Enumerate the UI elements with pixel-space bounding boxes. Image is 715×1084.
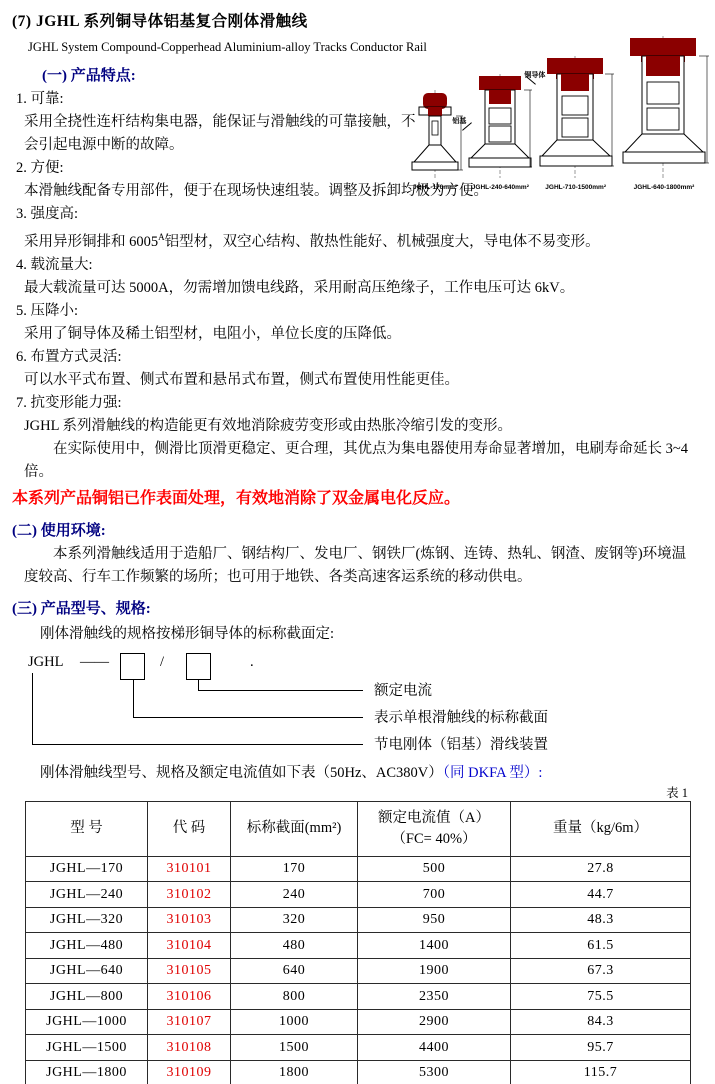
cell-current: 2350 <box>358 984 511 1010</box>
table-row: JGHL—480 310104 480 1400 61.5 <box>26 933 691 959</box>
model-code-diagram: JGHL —— / . 额定电流 表示单根滑触线的标称截面 节电刚体（铝基）滑线… <box>12 650 690 762</box>
cell-section: 170 <box>231 856 358 882</box>
feature-title: 5. 压降小: <box>16 300 690 323</box>
cell-section: 800 <box>231 984 358 1010</box>
feature-item-6: 6. 布置方式灵活: 可以水平式布置、侧式布置和悬吊式布置，侧式布置使用性能更佳… <box>12 346 690 392</box>
cell-model: JGHL—170 <box>26 856 148 882</box>
cell-code: 310105 <box>148 958 231 984</box>
cell-current: 500 <box>358 856 511 882</box>
cell-code: 310107 <box>148 1009 231 1035</box>
cell-section: 240 <box>231 882 358 908</box>
cell-model: JGHL—320 <box>26 907 148 933</box>
feature-item-3: 3. 强度高: 采用异形铜排和 6005A铝型材，双空心结构、散热性能好、机械强… <box>12 203 690 254</box>
model-dash: —— <box>80 652 109 672</box>
feature-title: 7. 抗变形能力强: <box>16 392 690 415</box>
cell-weight: 84.3 <box>511 1009 691 1035</box>
table-number-label: 表 1 <box>12 785 688 801</box>
cell-code: 310108 <box>148 1035 231 1061</box>
feature-title: 4. 载流量大: <box>16 254 690 277</box>
header-weight: 重量（kg/6m） <box>511 801 691 856</box>
feature-body: 本滑触线配备专用部件，便于在现场快速组装。调整及拆卸均极为方便。 <box>24 180 690 203</box>
model-spec-intro: 刚体滑触线的规格按梯形铜导体的标称截面定: <box>40 623 690 646</box>
feature-body: 最大载流量可达 5000A，勿需增加馈电线路，采用耐高压绝缘子，工作电压可达 6… <box>24 277 690 300</box>
model-prefix: JGHL <box>28 652 63 672</box>
table-row: JGHL—320 310103 320 950 48.3 <box>26 907 691 933</box>
feature-body: JGHL 系列滑触线的构造能更有效地消除疲劳变形或由热胀冷缩引发的变形。 <box>24 415 690 438</box>
cell-model: JGHL—1000 <box>26 1009 148 1035</box>
cell-current: 2900 <box>358 1009 511 1035</box>
feature-body-text: 采用异形铜排和 6005 <box>24 234 158 250</box>
header-current: 额定电流值（A） （FC= 40%） <box>358 801 511 856</box>
callout-label-current: 额定电流 <box>374 681 432 701</box>
table-row: JGHL—1500 310108 1500 4400 95.7 <box>26 1035 691 1061</box>
cell-model: JGHL—240 <box>26 882 148 908</box>
header-current-line2: （FC= 40%） <box>358 829 510 850</box>
table-intro: 刚体滑触线型号、规格及额定电流值如下表（50Hz、AC380V）（同 DKFA … <box>40 762 690 785</box>
cell-code: 310103 <box>148 907 231 933</box>
callout-label-device: 节电刚体（铝基）滑线装置 <box>374 735 548 755</box>
cell-model: JGHL—1500 <box>26 1035 148 1061</box>
cell-current: 1900 <box>358 958 511 984</box>
document-page: JGHL-170mm² 铜导体 铝基 JGHL-240-640mm² <box>0 0 715 1084</box>
spec-table: 型 号 代 码 标称截面(mm²) 额定电流值（A） （FC= 40%） 重量（… <box>25 801 691 1084</box>
cell-current: 950 <box>358 907 511 933</box>
table-intro-text: 刚体滑触线型号、规格及额定电流值如下表（50Hz、AC380V） <box>40 765 443 781</box>
cell-weight: 48.3 <box>511 907 691 933</box>
table-row: JGHL—240 310102 240 700 44.7 <box>26 882 691 908</box>
header-section: 标称截面(mm²) <box>231 801 358 856</box>
cell-model: JGHL—480 <box>26 933 148 959</box>
cell-model: JGHL—1800 <box>26 1060 148 1084</box>
cell-code: 310101 <box>148 856 231 882</box>
table-header-row: 型 号 代 码 标称截面(mm²) 额定电流值（A） （FC= 40%） 重量（… <box>26 801 691 856</box>
cell-section: 1800 <box>231 1060 358 1084</box>
cell-section: 1000 <box>231 1009 358 1035</box>
table-row: JGHL—1000 310107 1000 2900 84.3 <box>26 1009 691 1035</box>
page-title: (7) JGHL 系列铜导体铝基复合刚体滑触线 <box>12 10 690 34</box>
cell-model: JGHL—800 <box>26 984 148 1010</box>
cell-code: 310109 <box>148 1060 231 1084</box>
cell-code: 310104 <box>148 933 231 959</box>
table-row: JGHL—1800 310109 1800 5300 115.7 <box>26 1060 691 1084</box>
cell-code: 310102 <box>148 882 231 908</box>
section-heading-features: (一) 产品特点: <box>42 64 690 88</box>
feature-title: 2. 方便: <box>16 157 690 180</box>
callout-line-device <box>32 673 363 745</box>
cell-weight: 95.7 <box>511 1035 691 1061</box>
table-row: JGHL—170 310101 170 500 27.8 <box>26 856 691 882</box>
header-model: 型 号 <box>26 801 148 856</box>
cell-weight: 44.7 <box>511 882 691 908</box>
feature-title: 3. 强度高: <box>16 203 690 226</box>
cell-section: 640 <box>231 958 358 984</box>
page-subtitle-english: JGHL System Compound-Copperhead Aluminiu… <box>28 38 690 56</box>
cell-weight: 67.3 <box>511 958 691 984</box>
feature-title: 1. 可靠: <box>16 88 690 111</box>
table-row: JGHL—640 310105 640 1900 67.3 <box>26 958 691 984</box>
section-heading-model-spec: (三) 产品型号、规格: <box>12 597 690 621</box>
feature-item-2: 2. 方便: 本滑触线配备专用部件，便于在现场快速组装。调整及拆卸均极为方便。 <box>12 157 690 203</box>
usage-note-paragraph: 在实际使用中，侧滑比顶滑更稳定、更合理，其优点为集电器使用寿命显著增加，电刷寿命… <box>24 438 690 484</box>
feature-body-text: 铝型材，双空心结构、散热性能好、机械强度大，导电体不易变形。 <box>165 234 600 250</box>
cell-section: 480 <box>231 933 358 959</box>
feature-body: 采用全挠性连杆结构集电器，能保证与滑触线的可靠接触，不会引起电源中断的故障。 <box>24 111 416 157</box>
feature-item-4: 4. 载流量大: 最大载流量可达 5000A，勿需增加馈电线路，采用耐高压绝缘子… <box>12 254 690 300</box>
feature-title: 6. 布置方式灵活: <box>16 346 690 369</box>
cell-code: 310106 <box>148 984 231 1010</box>
cell-current: 4400 <box>358 1035 511 1061</box>
cell-current: 5300 <box>358 1060 511 1084</box>
feature-item-1: 1. 可靠: 采用全挠性连杆结构集电器，能保证与滑触线的可靠接触，不会引起电源中… <box>12 88 690 157</box>
cell-model: JGHL—640 <box>26 958 148 984</box>
cell-weight: 27.8 <box>511 856 691 882</box>
cell-section: 320 <box>231 907 358 933</box>
callout-label-section: 表示单根滑触线的标称截面 <box>374 708 548 728</box>
surface-treatment-highlight: 本系列产品铜铝已作表面处理，有效地消除了双金属电化反应。 <box>12 486 690 511</box>
cell-current: 700 <box>358 882 511 908</box>
feature-item-5: 5. 压降小: 采用了铜导体及稀土铝型材，电阻小，单位长度的压降低。 <box>12 300 690 346</box>
cell-current: 1400 <box>358 933 511 959</box>
header-current-line1: 额定电流值（A） <box>358 808 510 829</box>
header-code: 代 码 <box>148 801 231 856</box>
environment-body: 本系列滑触线适用于造船厂、钢结构厂、发电厂、钢铁厂(炼钢、连铸、热轧、钢渣、废钢… <box>24 543 690 589</box>
cell-weight: 115.7 <box>511 1060 691 1084</box>
cell-weight: 61.5 <box>511 933 691 959</box>
feature-body: 采用了铜导体及稀土铝型材，电阻小，单位长度的压降低。 <box>24 323 690 346</box>
cell-section: 1500 <box>231 1035 358 1061</box>
table-intro-dkfa-note: （同 DKFA 型）: <box>443 765 543 781</box>
feature-item-7: 7. 抗变形能力强: JGHL 系列滑触线的构造能更有效地消除疲劳变形或由热胀冷… <box>12 392 690 438</box>
model-slash: / <box>160 652 164 672</box>
cell-weight: 75.5 <box>511 984 691 1010</box>
table-row: JGHL—800 310106 800 2350 75.5 <box>26 984 691 1010</box>
model-dot: . <box>250 652 254 672</box>
section-heading-environment: (二) 使用环境: <box>12 519 690 543</box>
feature-body: 可以水平式布置、侧式布置和悬吊式布置，侧式布置使用性能更佳。 <box>24 369 690 392</box>
feature-body: 采用异形铜排和 6005A铝型材，双空心结构、散热性能好、机械强度大，导电体不易… <box>24 226 690 254</box>
